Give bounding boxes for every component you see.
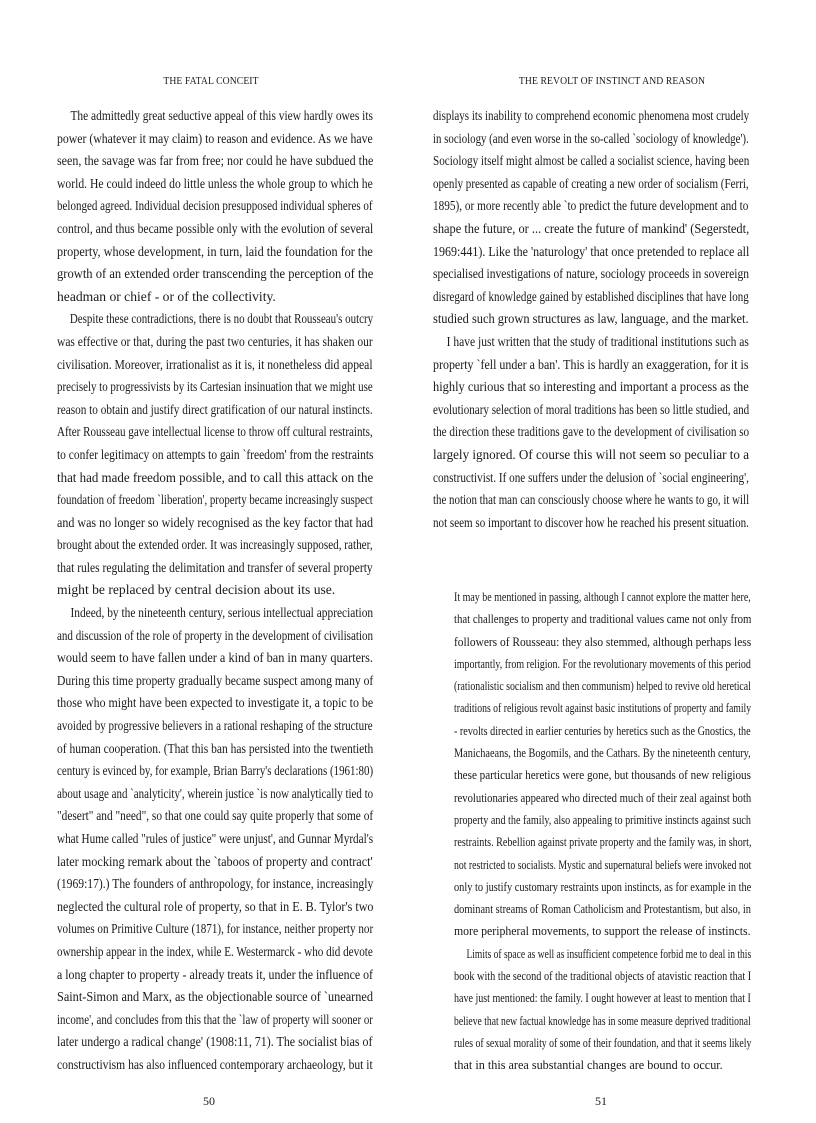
page-number: 51 bbox=[397, 1094, 805, 1109]
text-line: have just mentioned: the family. I ought… bbox=[454, 987, 698, 1009]
text-line: The admittedly great seductive appeal of… bbox=[57, 105, 322, 128]
text-line: century is evinced by, for example, Bria… bbox=[57, 760, 312, 783]
text-line: highly curious that so interesting and i… bbox=[433, 376, 722, 399]
text-line: would seem to have fallen under a kind o… bbox=[57, 647, 342, 670]
text-line: those who might have been expected to in… bbox=[57, 692, 334, 715]
text-line: later mocking remark about the `taboos o… bbox=[57, 851, 341, 874]
text-line: about usage and `analyticity', wherein j… bbox=[57, 783, 311, 806]
text-line: revolutionaries appeared who directed mu… bbox=[454, 787, 714, 809]
text-line: avoided by progressive believers in a ra… bbox=[57, 715, 314, 738]
text-line: brought about the extended order. It was… bbox=[57, 534, 316, 557]
text-line: and was no longer so widely recognised a… bbox=[57, 512, 337, 535]
text-line: evolutionary selection of moral traditio… bbox=[433, 399, 690, 422]
text-line: civilisation. Moreover, irrationalist as… bbox=[57, 354, 327, 377]
text-line: that rules regulating the delimitation a… bbox=[57, 557, 325, 580]
text-line: later undergo a radical change' (1908:11… bbox=[57, 1031, 335, 1054]
text-line: that had made freedom possible, and to c… bbox=[57, 467, 358, 490]
text-line: neglected the cultural role of property,… bbox=[57, 896, 338, 919]
text-line: property `fell under a ban'. This is har… bbox=[433, 354, 711, 377]
text-line: the direction these traditions gave to t… bbox=[433, 421, 692, 444]
text-line: to confer legitimacy on attempts to gain… bbox=[57, 444, 323, 467]
running-head: THE REVOLT OF INSTINCT AND REASON bbox=[424, 76, 799, 87]
text-line: in sociology (and even worse in the so-c… bbox=[433, 128, 686, 151]
text-line: importantly, from religion. For the revo… bbox=[454, 653, 696, 675]
text-line: It may be mentioned in passing, although… bbox=[454, 586, 697, 608]
text-line: specialised investigations of nature, so… bbox=[433, 263, 701, 286]
text-line: seen, the savage was far from free; nor … bbox=[57, 150, 336, 173]
text-line: Manichaeans, the Bogomils, and the Catha… bbox=[454, 742, 705, 764]
text-line: dominant streams of Roman Catholicism an… bbox=[454, 898, 706, 920]
text-line: power (whatever it may claim) to reason … bbox=[57, 128, 331, 151]
text-line: Sociology itself might almost be called … bbox=[433, 150, 692, 173]
text-line: income', and concludes from this that th… bbox=[57, 1009, 310, 1032]
text-line: that challenges to property and traditio… bbox=[454, 608, 717, 630]
text-line: world. He could indeed do little unless … bbox=[57, 173, 327, 196]
text-line: that in this area substantial changes ar… bbox=[454, 1054, 751, 1076]
text-line: largely ignored. Of course this will not… bbox=[433, 444, 737, 467]
text-line: restraints. Rebellion against private pr… bbox=[454, 831, 701, 853]
text-line: studied such grown structures as law, la… bbox=[433, 308, 722, 331]
text-line: 1969:441). Like the 'naturology' that on… bbox=[433, 241, 712, 264]
text-line: what Hume called "rules of justice" were… bbox=[57, 828, 317, 851]
text-line: only to justify customary restraints upo… bbox=[454, 876, 707, 898]
text-line: Despite these contradictions, there is n… bbox=[57, 308, 312, 331]
text-line: more peripheral movements, to support th… bbox=[454, 920, 741, 942]
text-line: book with the second of the traditional … bbox=[454, 965, 704, 987]
left-page-body-text: The admittedly great seductive appeal of… bbox=[57, 105, 373, 1077]
text-line: a long chapter to property - already tre… bbox=[57, 964, 333, 987]
text-line: headman or chief - or of the collectivit… bbox=[57, 286, 373, 309]
left-page: THE FATAL CONCEIT The admittedly great s… bbox=[0, 0, 408, 1123]
right-page-body-text: displays its inability to comprehend eco… bbox=[433, 105, 749, 534]
text-line: rules of sexual morality of some of thei… bbox=[454, 1032, 692, 1054]
text-line: openly presented as capable of creating … bbox=[433, 173, 690, 196]
text-line: disregard of knowledge gained by establi… bbox=[433, 286, 688, 309]
text-line: shape the future, or ... create the futu… bbox=[433, 218, 722, 241]
text-line: traditions of religious revolt against b… bbox=[454, 697, 691, 719]
text-line: not restricted to socialists. Mystic and… bbox=[454, 854, 692, 876]
text-line: followers of Rousseau: they also stemmed… bbox=[454, 631, 732, 653]
text-line: might be replaced by central decision ab… bbox=[57, 579, 373, 602]
text-line: 1895), or more recently able `to predict… bbox=[433, 195, 695, 218]
text-line: constructivist. If one suffers under the… bbox=[433, 467, 693, 490]
right-page: THE REVOLT OF INSTINCT AND REASON displa… bbox=[408, 0, 816, 1123]
text-line: displays its inability to comprehend eco… bbox=[433, 105, 689, 128]
text-line: property and the family, also appealing … bbox=[454, 809, 701, 831]
text-line: Limits of space as well as insufficient … bbox=[454, 943, 686, 965]
text-line: the notion that man can consciously choo… bbox=[433, 489, 686, 512]
page-number: 50 bbox=[5, 1094, 413, 1109]
text-line: constructivism has also influenced conte… bbox=[57, 1054, 326, 1077]
text-line: was effective or that, during the past t… bbox=[57, 331, 325, 354]
text-line: control, and thus became possible only w… bbox=[57, 218, 327, 241]
text-line: precisely to progressivists by its Carte… bbox=[57, 376, 311, 399]
text-line: Saint-Simon and Marx, as the objectionab… bbox=[57, 986, 342, 1009]
text-line: and discussion of the role of property i… bbox=[57, 625, 314, 648]
text-line: belonged agreed. Individual decision pre… bbox=[57, 195, 313, 218]
right-page-note-text: It may be mentioned in passing, although… bbox=[454, 586, 751, 1077]
text-line: these particular heretics were gone, but… bbox=[454, 764, 725, 786]
text-line: (rationalistic socialism and then commun… bbox=[454, 675, 694, 697]
text-line: not seem so important to discover how he… bbox=[433, 512, 690, 535]
text-line: volumes on Primitive Culture (1871), for… bbox=[57, 918, 315, 941]
text-line: Indeed, by the nineteenth century, serio… bbox=[57, 602, 322, 625]
text-line: I have just written that the study of tr… bbox=[433, 331, 701, 354]
text-line: After Rousseau gave intellectual license… bbox=[57, 421, 314, 444]
text-line: (1969:17).) The founders of anthropology… bbox=[57, 873, 327, 896]
text-line: ownership appear in the index, while E. … bbox=[57, 941, 316, 964]
text-line: reason to obtain and justify direct grat… bbox=[57, 399, 318, 422]
text-line: During this time property gradually beca… bbox=[57, 670, 327, 693]
text-line: - revolts directed in earlier centuries … bbox=[454, 720, 702, 742]
text-line: foundation of freedom `liberation', prop… bbox=[57, 489, 309, 512]
text-line: of human cooperation. (That this ban has… bbox=[57, 738, 325, 761]
text-line: growth of an extended order transcending… bbox=[57, 263, 349, 286]
text-line: property, whose development, in turn, la… bbox=[57, 241, 341, 264]
text-line: "desert" and "need", so that one could s… bbox=[57, 805, 321, 828]
text-line: believe that new factual knowledge has i… bbox=[454, 1010, 689, 1032]
running-head: THE FATAL CONCEIT bbox=[23, 76, 398, 87]
